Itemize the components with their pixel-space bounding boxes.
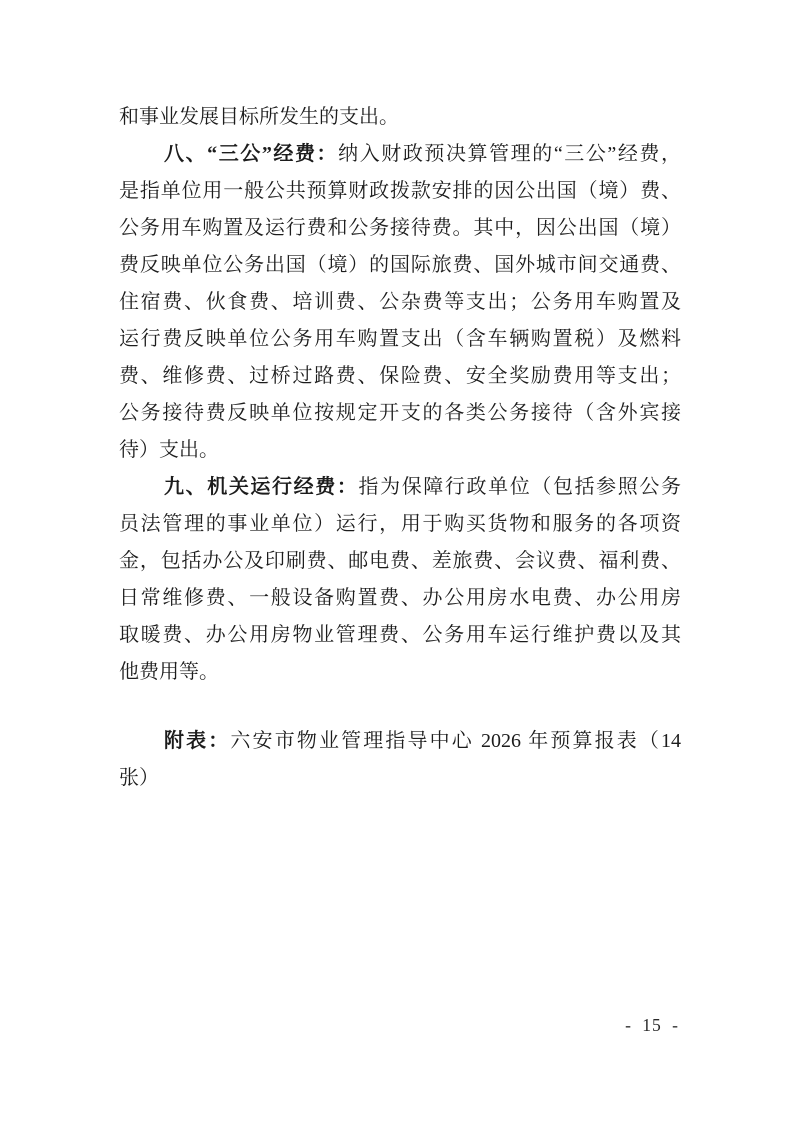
- line-text: 张）: [119, 767, 159, 789]
- line-text: 指为保障行政单位（包括参照公务: [358, 476, 681, 498]
- line-text: 费反映单位公务出国（境）的国际旅费、国外城市间交通费、: [119, 254, 681, 276]
- line-text: 住宿费、伙食费、培训费、公杂费等支出；公务用车购置及: [119, 291, 681, 313]
- text-line: 待）支出。: [119, 432, 681, 469]
- line-text: 待）支出。: [119, 439, 219, 461]
- line-text: 运行费反映单位公务用车购置支出（含车辆购置税）及燃料: [119, 328, 681, 350]
- line-text: 纳入财政预决算管理的“三公”经费，: [338, 143, 681, 165]
- line-text: 六安市物业管理指导中心 2026 年预算报表（14: [230, 730, 681, 752]
- section-heading: 附表：: [164, 730, 230, 752]
- line-text: 公务用车购置及运行费和公务接待费。其中，因公出国（境）: [119, 217, 681, 239]
- section-heading: 九、机关运行经费：: [164, 476, 358, 498]
- line-text: 他费用等。: [119, 661, 219, 683]
- text-line: 住宿费、伙食费、培训费、公杂费等支出；公务用车购置及: [119, 284, 681, 321]
- text-line: 他费用等。: [119, 654, 681, 691]
- text-line: 公务接待费反映单位按规定开支的各类公务接待（含外宾接: [119, 395, 681, 432]
- line-text: 是指单位用一般公共预算财政拨款安排的因公出国（境）费、: [119, 180, 681, 202]
- text-line: 附表：六安市物业管理指导中心 2026 年预算报表（14: [119, 723, 681, 760]
- line-text: 和事业发展目标所发生的支出。: [119, 106, 399, 128]
- line-text: 公务接待费反映单位按规定开支的各类公务接待（含外宾接: [119, 402, 681, 424]
- text-line: 和事业发展目标所发生的支出。: [119, 99, 681, 136]
- text-line: 是指单位用一般公共预算财政拨款安排的因公出国（境）费、: [119, 173, 681, 210]
- text-line: 张）: [119, 760, 681, 797]
- document-body: 和事业发展目标所发生的支出。八、“三公”经费：纳入财政预决算管理的“三公”经费，…: [119, 99, 681, 797]
- text-line: 员法管理的事业单位）运行，用于购买货物和服务的各项资: [119, 506, 681, 543]
- line-text: 取暖费、办公用房物业管理费、公务用车运行维护费以及其: [119, 624, 681, 646]
- line-text: 费、维修费、过桥过路费、保险费、安全奖励费用等支出；: [119, 365, 681, 387]
- text-line: 费反映单位公务出国（境）的国际旅费、国外城市间交通费、: [119, 247, 681, 284]
- page-number: - 15 -: [625, 1014, 679, 1036]
- text-line: 公务用车购置及运行费和公务接待费。其中，因公出国（境）: [119, 210, 681, 247]
- text-line: 九、机关运行经费：指为保障行政单位（包括参照公务: [119, 469, 681, 506]
- document-page: 和事业发展目标所发生的支出。八、“三公”经费：纳入财政预决算管理的“三公”经费，…: [0, 0, 793, 1122]
- text-line: 金，包括办公及印刷费、邮电费、差旅费、会议费、福利费、: [119, 543, 681, 580]
- text-line: 取暖费、办公用房物业管理费、公务用车运行维护费以及其: [119, 617, 681, 654]
- line-text: 金，包括办公及印刷费、邮电费、差旅费、会议费、福利费、: [119, 550, 681, 572]
- text-line: 日常维修费、一般设备购置费、办公用房水电费、办公用房: [119, 580, 681, 617]
- text-line: 八、“三公”经费：纳入财政预决算管理的“三公”经费，: [119, 136, 681, 173]
- line-text: 员法管理的事业单位）运行，用于购买货物和服务的各项资: [119, 513, 681, 535]
- line-text: 日常维修费、一般设备购置费、办公用房水电费、办公用房: [119, 587, 681, 609]
- section-heading: 八、“三公”经费：: [164, 143, 338, 165]
- text-line: 运行费反映单位公务用车购置支出（含车辆购置税）及燃料: [119, 321, 681, 358]
- text-line: 费、维修费、过桥过路费、保险费、安全奖励费用等支出；: [119, 358, 681, 395]
